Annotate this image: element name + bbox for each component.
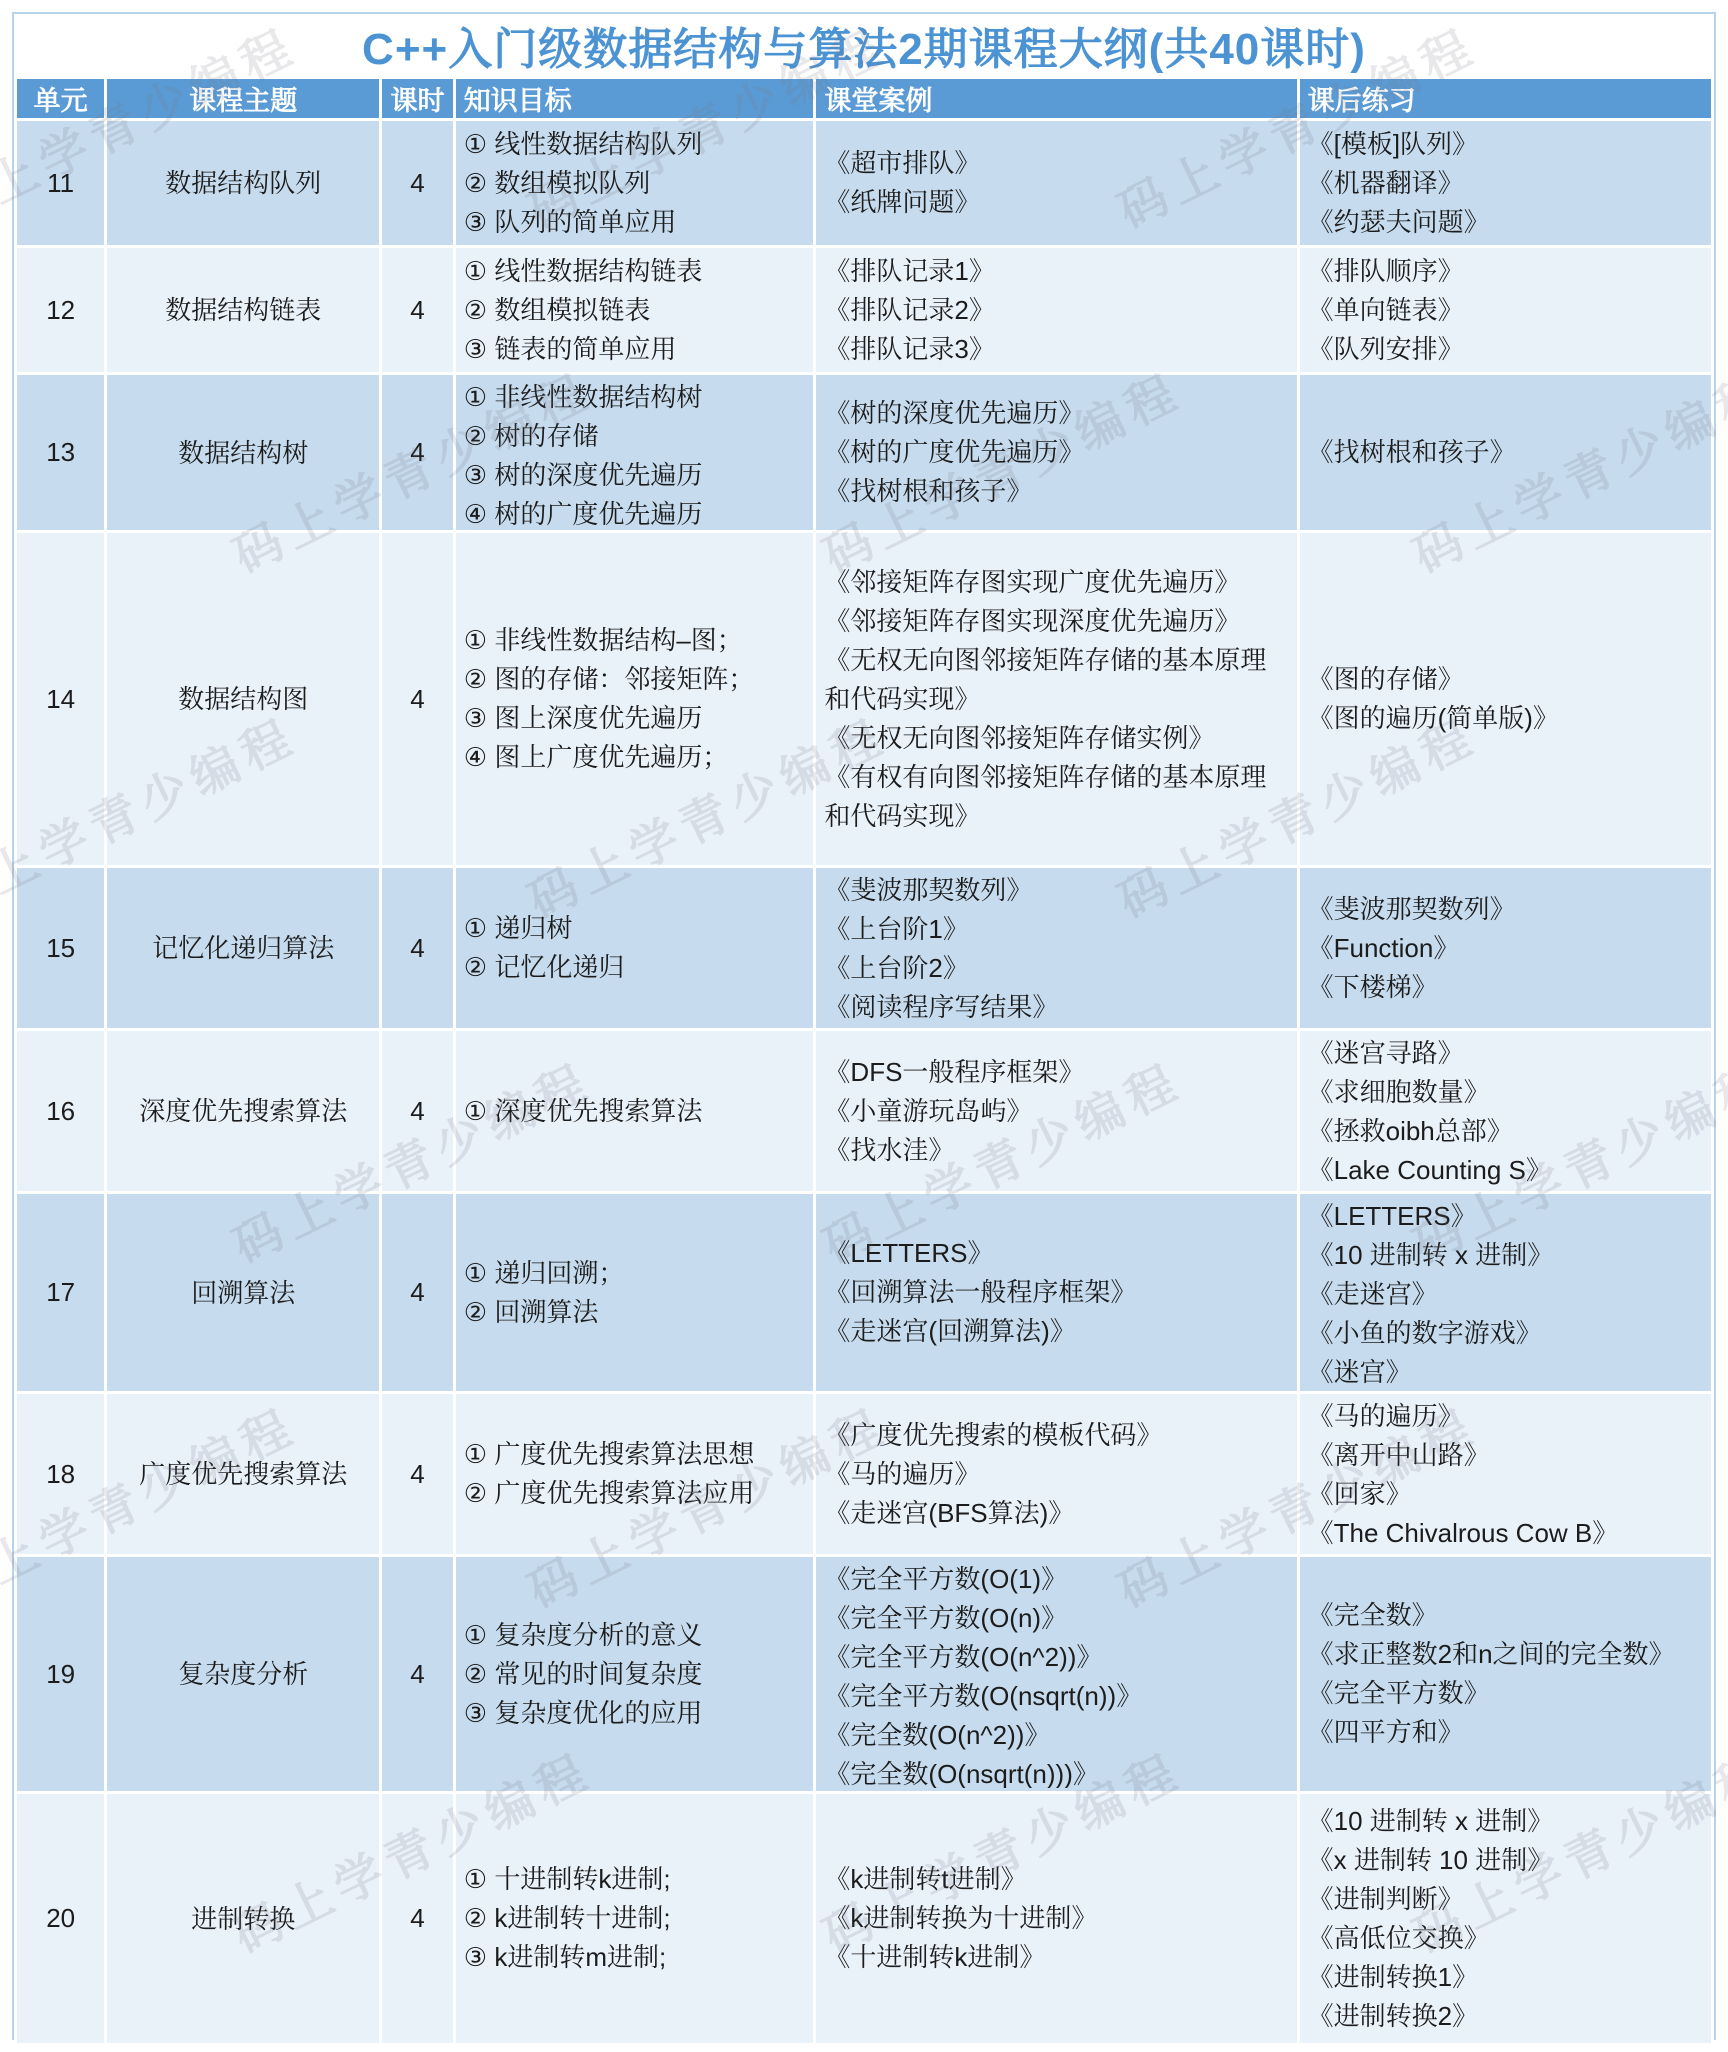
cases-item: 《排队记录3》 bbox=[824, 330, 1288, 369]
hours-cell: 4 bbox=[382, 1394, 453, 1554]
col-header-cases: 课堂案例 bbox=[816, 79, 1296, 118]
goals-item: ① 深度优先搜索算法 bbox=[464, 1092, 806, 1131]
exercises-item: 《队列安排》 bbox=[1308, 330, 1703, 369]
exercises-item: 《进制判断》 bbox=[1308, 1880, 1703, 1919]
hours-cell: 4 bbox=[382, 1194, 453, 1391]
exercises-item: 《约瑟夫问题》 bbox=[1308, 203, 1703, 242]
topic-label: 复杂度分析 bbox=[115, 1656, 371, 1692]
exercises-item: 《x 进制转 10 进制》 bbox=[1308, 1841, 1703, 1880]
exercises-item: 《单向链表》 bbox=[1308, 291, 1703, 330]
goals-item: ① 线性数据结构链表 bbox=[464, 252, 806, 291]
col-header-unit: 单元 bbox=[17, 79, 104, 118]
exercises-item: 《[模板]队列》 bbox=[1308, 125, 1703, 164]
cases-item: 《无权无向图邻接矩阵存储的基本原理和代码实现》 bbox=[824, 641, 1288, 719]
goals-cell: ① 广度优先搜索算法思想② 广度优先搜索算法应用 bbox=[456, 1394, 814, 1554]
cases-item: 《上台阶1》 bbox=[824, 910, 1288, 949]
goals-item: ④ 树的广度优先遍历 bbox=[464, 495, 806, 527]
page: C++入门级数据结构与算法2期课程大纲(共40课时) 单元 课程主题 课时 知识… bbox=[0, 0, 1728, 2052]
cases-item: 《回溯算法一般程序框架》 bbox=[824, 1273, 1288, 1312]
col-header-hours: 课时 bbox=[382, 79, 453, 118]
exercises-item: 《Lake Counting S》 bbox=[1308, 1151, 1703, 1188]
topic-label: 数据结构队列 bbox=[115, 165, 371, 201]
goals-item: ② 树的存储 bbox=[464, 417, 806, 456]
cases-item: 《邻接矩阵存图实现深度优先遍历》 bbox=[824, 602, 1288, 641]
exercises-cell: 《图的存储》《图的遍历(简单版)》 bbox=[1300, 533, 1711, 865]
exercises-cell: 《[模板]队列》《机器翻译》《约瑟夫问题》 bbox=[1300, 121, 1711, 245]
exercises-item: 《小鱼的数字游戏》 bbox=[1308, 1314, 1703, 1353]
goals-item: ① 广度优先搜索算法思想 bbox=[464, 1435, 806, 1474]
exercises-cell: 《排队顺序》《单向链表》《队列安排》 bbox=[1300, 248, 1711, 372]
cases-cell: 《斐波那契数列》《上台阶1》《上台阶2》《阅读程序写结果》 bbox=[816, 868, 1296, 1028]
topic-label: 深度优先搜索算法 bbox=[115, 1093, 371, 1129]
exercises-item: 《完全数》 bbox=[1308, 1596, 1703, 1635]
topic-cell: 复杂度分析 bbox=[107, 1557, 379, 1791]
goals-item: ② 记忆化递归 bbox=[464, 948, 806, 987]
goals-item: ② k进制转十进制; bbox=[464, 1899, 806, 1938]
hours-cell: 4 bbox=[382, 248, 453, 372]
exercises-item: 《LETTERS》 bbox=[1308, 1197, 1703, 1236]
exercises-cell: 《迷宫寻路》《求细胞数量》《拯救oibh总部》《Lake Counting S》 bbox=[1300, 1031, 1711, 1191]
cases-cell: 《超市排队》《纸牌问题》 bbox=[816, 121, 1296, 245]
exercises-item: 《The Chivalrous Cow B》 bbox=[1308, 1514, 1703, 1551]
goals-item: ② 数组模拟队列 bbox=[464, 164, 806, 203]
table-row: 11 数据结构队列 4 ① 线性数据结构队列② 数组模拟队列③ 队列的简单应用 … bbox=[17, 121, 1711, 245]
goals-item: ① 线性数据结构队列 bbox=[464, 125, 806, 164]
goals-item: ① 非线性数据结构–图； bbox=[464, 621, 806, 660]
cases-item: 《纸牌问题》 bbox=[824, 183, 1288, 222]
unit-cell: 12 bbox=[17, 248, 104, 372]
topic-label: 数据结构树 bbox=[115, 435, 371, 471]
cases-item: 《k进制转t进制》 bbox=[824, 1860, 1288, 1899]
cases-item: 《找树根和孩子》 bbox=[824, 472, 1288, 511]
goals-item: ④ 图上广度优先遍历； bbox=[464, 738, 806, 777]
hours-cell: 4 bbox=[382, 121, 453, 245]
exercises-item: 《拯救oibh总部》 bbox=[1308, 1112, 1703, 1151]
cases-item: 《邻接矩阵存图实现广度优先遍历》 bbox=[824, 563, 1288, 602]
exercises-item: 《进制转换2》 bbox=[1308, 1997, 1703, 2036]
table-row: 12 数据结构链表 4 ① 线性数据结构链表② 数组模拟链表③ 链表的简单应用 … bbox=[17, 248, 1711, 372]
cases-item: 《找水洼》 bbox=[824, 1131, 1288, 1170]
cases-cell: 《k进制转t进制》《k进制转换为十进制》《十进制转k进制》 bbox=[816, 1794, 1296, 2043]
topic-label: 数据结构图 bbox=[115, 681, 371, 717]
topic-cell: 深度优先搜索算法 bbox=[107, 1031, 379, 1191]
cases-item: 《树的广度优先遍历》 bbox=[824, 433, 1288, 472]
exercises-item: 《机器翻译》 bbox=[1308, 164, 1703, 203]
page-title: C++入门级数据结构与算法2期课程大纲(共40课时) bbox=[14, 14, 1714, 76]
hours-cell: 4 bbox=[382, 533, 453, 865]
exercises-item: 《图的遍历(简单版)》 bbox=[1308, 699, 1703, 738]
hours-cell: 4 bbox=[382, 375, 453, 530]
topic-cell: 数据结构图 bbox=[107, 533, 379, 865]
table-frame: C++入门级数据结构与算法2期课程大纲(共40课时) 单元 课程主题 课时 知识… bbox=[12, 12, 1716, 2040]
col-header-exercises: 课后练习 bbox=[1300, 79, 1711, 118]
col-header-goals: 知识目标 bbox=[456, 79, 814, 118]
goals-item: ① 递归树 bbox=[464, 909, 806, 948]
cases-cell: 《排队记录1》《排队记录2》《排队记录3》 bbox=[816, 248, 1296, 372]
exercises-item: 《迷宫寻路》 bbox=[1308, 1034, 1703, 1073]
goals-cell: ① 复杂度分析的意义② 常见的时间复杂度③ 复杂度优化的应用 bbox=[456, 1557, 814, 1791]
topic-label: 回溯算法 bbox=[115, 1275, 371, 1311]
exercises-item: 《10 进制转 x 进制》 bbox=[1308, 1802, 1703, 1841]
topic-label: 进制转换 bbox=[115, 1901, 371, 1937]
cases-cell: 《LETTERS》《回溯算法一般程序框架》《走迷宫(回溯算法)》 bbox=[816, 1194, 1296, 1391]
cases-item: 《马的遍历》 bbox=[824, 1455, 1288, 1494]
goals-item: ① 复杂度分析的意义 bbox=[464, 1616, 806, 1655]
exercises-item: 《进制转换1》 bbox=[1308, 1958, 1703, 1997]
cases-item: 《上台阶2》 bbox=[824, 949, 1288, 988]
table-row: 15 记忆化递归算法 4 ① 递归树② 记忆化递归 《斐波那契数列》《上台阶1》… bbox=[17, 868, 1711, 1028]
exercises-item: 《离开中山路》 bbox=[1308, 1436, 1703, 1475]
exercises-cell: 《斐波那契数列》《Function》《下楼梯》 bbox=[1300, 868, 1711, 1028]
exercises-item: 《回家》 bbox=[1308, 1475, 1703, 1514]
cases-item: 《斐波那契数列》 bbox=[824, 871, 1288, 910]
exercises-item: 《10 进制转 x 进制》 bbox=[1308, 1236, 1703, 1275]
unit-cell: 14 bbox=[17, 533, 104, 865]
cases-cell: 《DFS一般程序框架》《小童游玩岛屿》《找水洼》 bbox=[816, 1031, 1296, 1191]
cases-item: 《k进制转换为十进制》 bbox=[824, 1899, 1288, 1938]
goals-cell: ① 非线性数据结构–图；② 图的存储：邻接矩阵；③ 图上深度优先遍历④ 图上广度… bbox=[456, 533, 814, 865]
topic-cell: 数据结构队列 bbox=[107, 121, 379, 245]
topic-cell: 广度优先搜索算法 bbox=[107, 1394, 379, 1554]
unit-cell: 16 bbox=[17, 1031, 104, 1191]
topic-cell: 记忆化递归算法 bbox=[107, 868, 379, 1028]
topic-label: 记忆化递归算法 bbox=[115, 930, 371, 966]
exercises-item: 《Function》 bbox=[1308, 929, 1703, 968]
goals-item: ② 数组模拟链表 bbox=[464, 291, 806, 330]
exercises-item: 《高低位交换》 bbox=[1308, 1919, 1703, 1958]
hours-cell: 4 bbox=[382, 1557, 453, 1791]
exercises-cell: 《10 进制转 x 进制》《x 进制转 10 进制》《进制判断》《高低位交换》《… bbox=[1300, 1794, 1711, 2043]
exercises-item: 《找树根和孩子》 bbox=[1308, 433, 1703, 472]
exercises-item: 《求正整数2和n之间的完全数》 bbox=[1308, 1635, 1703, 1674]
unit-cell: 13 bbox=[17, 375, 104, 530]
unit-cell: 18 bbox=[17, 1394, 104, 1554]
topic-cell: 进制转换 bbox=[107, 1794, 379, 2043]
exercises-item: 《斐波那契数列》 bbox=[1308, 890, 1703, 929]
exercises-item: 《走迷宫》 bbox=[1308, 1275, 1703, 1314]
table-row: 17 回溯算法 4 ① 递归回溯；② 回溯算法 《LETTERS》《回溯算法一般… bbox=[17, 1194, 1711, 1391]
goals-item: ② 图的存储：邻接矩阵； bbox=[464, 660, 806, 699]
goals-cell: ① 线性数据结构链表② 数组模拟链表③ 链表的简单应用 bbox=[456, 248, 814, 372]
unit-cell: 19 bbox=[17, 1557, 104, 1791]
unit-cell: 15 bbox=[17, 868, 104, 1028]
exercises-item: 《迷宫》 bbox=[1308, 1353, 1703, 1388]
cases-item: 《排队记录2》 bbox=[824, 291, 1288, 330]
cases-item: 《广度优先搜索的模板代码》 bbox=[824, 1416, 1288, 1455]
cases-item: 《LETTERS》 bbox=[824, 1234, 1288, 1273]
cases-item: 《排队记录1》 bbox=[824, 252, 1288, 291]
cases-item: 《走迷宫(BFS算法)》 bbox=[824, 1494, 1288, 1533]
header-row: 单元 课程主题 课时 知识目标 课堂案例 课后练习 bbox=[17, 79, 1711, 118]
cases-item: 《十进制转k进制》 bbox=[824, 1938, 1288, 1977]
exercises-item: 《马的遍历》 bbox=[1308, 1397, 1703, 1436]
cases-cell: 《树的深度优先遍历》《树的广度优先遍历》《找树根和孩子》 bbox=[816, 375, 1296, 530]
table-row: 18 广度优先搜索算法 4 ① 广度优先搜索算法思想② 广度优先搜索算法应用 《… bbox=[17, 1394, 1711, 1554]
goals-item: ③ 图上深度优先遍历 bbox=[464, 699, 806, 738]
topic-cell: 回溯算法 bbox=[107, 1194, 379, 1391]
goals-item: ③ 复杂度优化的应用 bbox=[464, 1694, 806, 1733]
goals-item: ② 广度优先搜索算法应用 bbox=[464, 1474, 806, 1513]
goals-item: ① 非线性数据结构树 bbox=[464, 378, 806, 417]
cases-item: 《小童游玩岛屿》 bbox=[824, 1092, 1288, 1131]
goals-cell: ① 十进制转k进制;② k进制转十进制;③ k进制转m进制; bbox=[456, 1794, 814, 2043]
goals-cell: ① 非线性数据结构树② 树的存储③ 树的深度优先遍历④ 树的广度优先遍历 bbox=[456, 375, 814, 530]
exercises-item: 《排队顺序》 bbox=[1308, 252, 1703, 291]
goals-item: ③ 队列的简单应用 bbox=[464, 203, 806, 242]
goals-item: ③ 树的深度优先遍历 bbox=[464, 456, 806, 495]
cases-item: 《树的深度优先遍历》 bbox=[824, 394, 1288, 433]
col-header-topic: 课程主题 bbox=[107, 79, 379, 118]
cases-item: 《完全平方数(O(nsqrt(n))》 bbox=[824, 1677, 1288, 1716]
cases-item: 《DFS一般程序框架》 bbox=[824, 1053, 1288, 1092]
cases-item: 《阅读程序写结果》 bbox=[824, 988, 1288, 1025]
course-table: 单元 课程主题 课时 知识目标 课堂案例 课后练习 11 数据结构队列 4 ① … bbox=[14, 76, 1714, 2046]
cases-item: 《有权有向图邻接矩阵存储的基本原理和代码实现》 bbox=[824, 758, 1288, 836]
cases-cell: 《广度优先搜索的模板代码》《马的遍历》《走迷宫(BFS算法)》 bbox=[816, 1394, 1296, 1554]
exercises-cell: 《找树根和孩子》 bbox=[1300, 375, 1711, 530]
unit-cell: 17 bbox=[17, 1194, 104, 1391]
table-row: 19 复杂度分析 4 ① 复杂度分析的意义② 常见的时间复杂度③ 复杂度优化的应… bbox=[17, 1557, 1711, 1791]
goals-item: ③ 链表的简单应用 bbox=[464, 330, 806, 369]
exercises-cell: 《马的遍历》《离开中山路》《回家》《The Chivalrous Cow B》 bbox=[1300, 1394, 1711, 1554]
goals-item: ② 常见的时间复杂度 bbox=[464, 1655, 806, 1694]
exercises-cell: 《完全数》《求正整数2和n之间的完全数》《完全平方数》《四平方和》 bbox=[1300, 1557, 1711, 1791]
cases-item: 《完全数(O(n^2))》 bbox=[824, 1716, 1288, 1755]
goals-cell: ① 深度优先搜索算法 bbox=[456, 1031, 814, 1191]
topic-label: 数据结构链表 bbox=[115, 292, 371, 328]
hours-cell: 4 bbox=[382, 868, 453, 1028]
goals-item: ② 回溯算法 bbox=[464, 1293, 806, 1332]
unit-cell: 20 bbox=[17, 1794, 104, 2043]
exercises-item: 《求细胞数量》 bbox=[1308, 1073, 1703, 1112]
exercises-cell: 《LETTERS》《10 进制转 x 进制》《走迷宫》《小鱼的数字游戏》《迷宫》 bbox=[1300, 1194, 1711, 1391]
cases-item: 《超市排队》 bbox=[824, 144, 1288, 183]
cases-item: 《完全平方数(O(n)》 bbox=[824, 1599, 1288, 1638]
goals-item: ① 十进制转k进制; bbox=[464, 1860, 806, 1899]
goals-cell: ① 递归树② 记忆化递归 bbox=[456, 868, 814, 1028]
goals-cell: ① 线性数据结构队列② 数组模拟队列③ 队列的简单应用 bbox=[456, 121, 814, 245]
cases-item: 《完全平方数(O(1)》 bbox=[824, 1560, 1288, 1599]
topic-label: 广度优先搜索算法 bbox=[115, 1456, 371, 1492]
cases-item: 《完全数(O(nsqrt(n)))》 bbox=[824, 1755, 1288, 1788]
exercises-item: 《下楼梯》 bbox=[1308, 968, 1703, 1007]
goals-item: ③ k进制转m进制; bbox=[464, 1938, 806, 1977]
hours-cell: 4 bbox=[382, 1031, 453, 1191]
exercises-item: 《图的存储》 bbox=[1308, 660, 1703, 699]
cases-item: 《走迷宫(回溯算法)》 bbox=[824, 1312, 1288, 1351]
goals-item: ① 递归回溯； bbox=[464, 1254, 806, 1293]
table-row: 13 数据结构树 4 ① 非线性数据结构树② 树的存储③ 树的深度优先遍历④ 树… bbox=[17, 375, 1711, 530]
topic-cell: 数据结构链表 bbox=[107, 248, 379, 372]
table-row: 16 深度优先搜索算法 4 ① 深度优先搜索算法 《DFS一般程序框架》《小童游… bbox=[17, 1031, 1711, 1191]
cases-item: 《完全平方数(O(n^2))》 bbox=[824, 1638, 1288, 1677]
exercises-item: 《完全平方数》 bbox=[1308, 1674, 1703, 1713]
unit-cell: 11 bbox=[17, 121, 104, 245]
cases-cell: 《邻接矩阵存图实现广度优先遍历》《邻接矩阵存图实现深度优先遍历》《无权无向图邻接… bbox=[816, 533, 1296, 865]
table-row: 20 进制转换 4 ① 十进制转k进制;② k进制转十进制;③ k进制转m进制;… bbox=[17, 1794, 1711, 2043]
cases-cell: 《完全平方数(O(1)》《完全平方数(O(n)》《完全平方数(O(n^2))》《… bbox=[816, 1557, 1296, 1791]
topic-cell: 数据结构树 bbox=[107, 375, 379, 530]
goals-cell: ① 递归回溯；② 回溯算法 bbox=[456, 1194, 814, 1391]
table-row: 14 数据结构图 4 ① 非线性数据结构–图；② 图的存储：邻接矩阵；③ 图上深… bbox=[17, 533, 1711, 865]
cases-item: 《无权无向图邻接矩阵存储实例》 bbox=[824, 719, 1288, 758]
hours-cell: 4 bbox=[382, 1794, 453, 2043]
exercises-item: 《四平方和》 bbox=[1308, 1713, 1703, 1752]
